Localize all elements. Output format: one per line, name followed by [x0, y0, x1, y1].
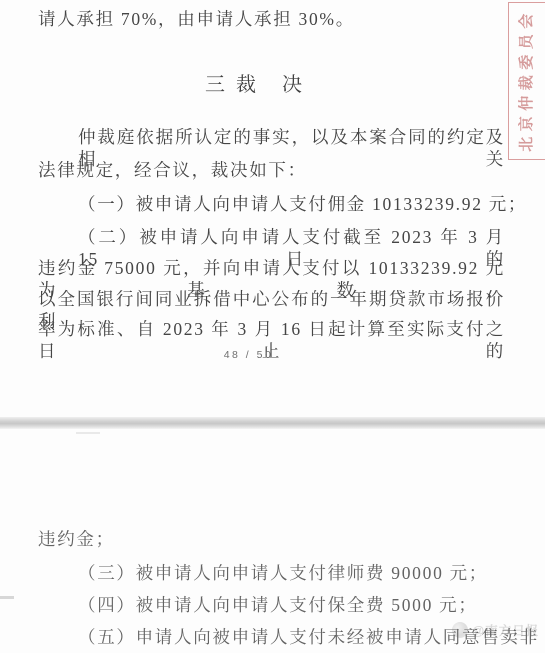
decision-item-4: （四）被申请人向申请人支付保全费 5000 元；	[78, 594, 478, 616]
decision-item-3: （三）被申请人向申请人支付律师费 90000 元；	[78, 562, 488, 584]
stamp-vertical-text: 北京仲裁委员会	[512, 7, 542, 153]
intro-line: 请人承担 70%，由申请人承担 30%。	[38, 8, 355, 30]
section-heading-decision: 三 裁 决	[0, 68, 510, 97]
scan-artifact	[0, 596, 14, 599]
page-number: 48 / 50	[0, 349, 497, 361]
carryover-line: 违约金；	[38, 528, 115, 550]
scan-artifact	[76, 432, 100, 434]
document-page-2: 违约金； （三）被申请人向申请人支付律师费 90000 元； （四）被申请人向申…	[0, 429, 545, 653]
page-divider	[0, 417, 545, 429]
decision-item-1: （一）被申请人向申请人支付佣金 10133239.92 元；	[78, 193, 527, 215]
body-line: 法律规定，经合议，裁决如下：	[38, 159, 307, 181]
scanned-document: 请人承担 70%，由申请人承担 30%。 三 裁 决 仲裁庭依据所认定的事实，以…	[0, 0, 545, 653]
decision-item-5: （五）申请人向被申请人支付未经被申请人同意售卖非	[78, 626, 539, 648]
document-page-1: 请人承担 70%，由申请人承担 30%。 三 裁 决 仲裁庭依据所认定的事实，以…	[0, 0, 545, 417]
arbitration-commission-stamp: 北京仲裁委员会	[508, 2, 545, 160]
